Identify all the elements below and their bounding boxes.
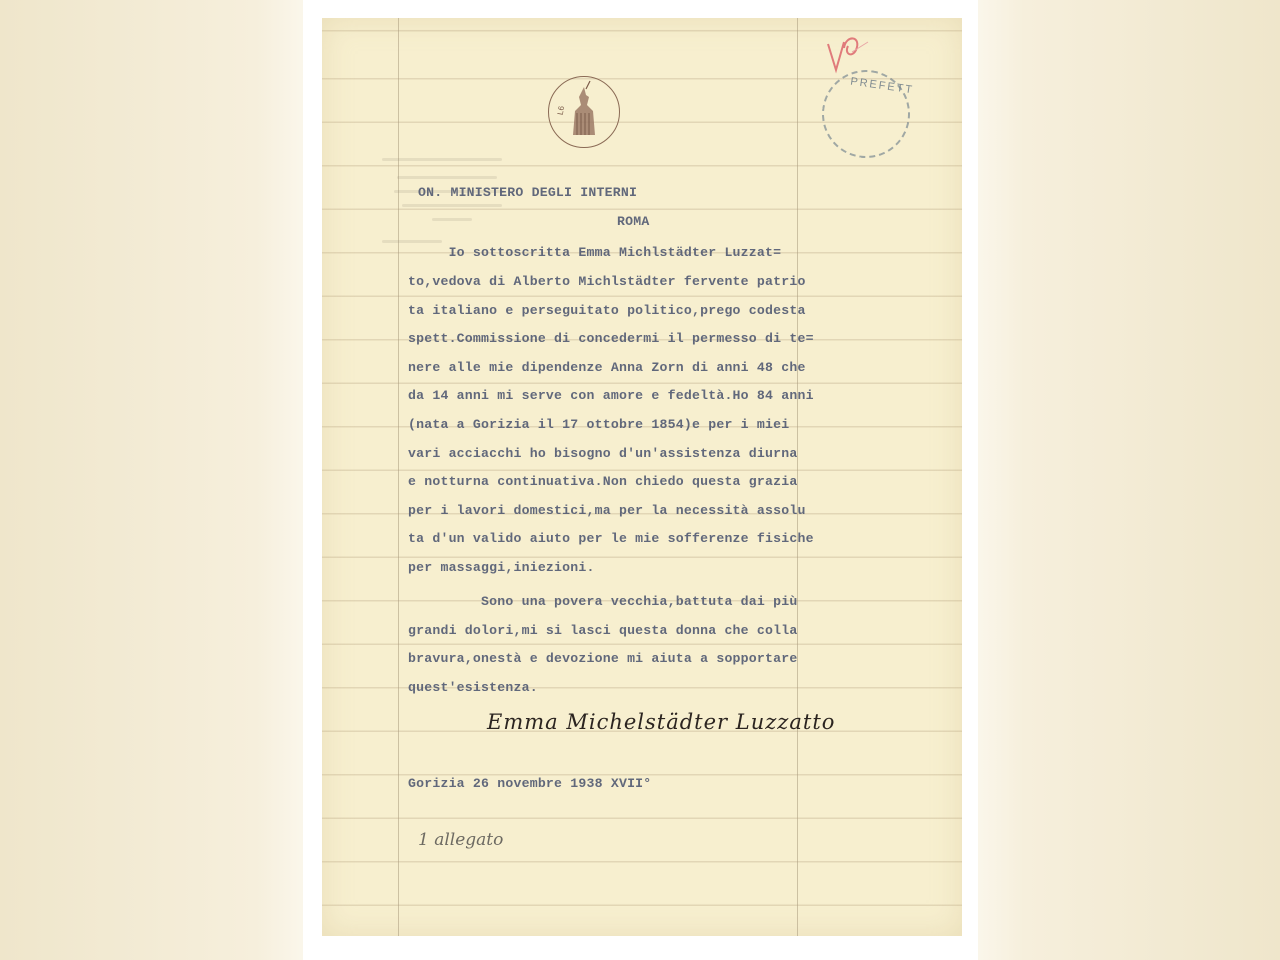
- place-date: Gorizia 26 novembre 1938 XVII°: [408, 776, 651, 791]
- bleed-through-text: [382, 158, 502, 161]
- letter-body-line: bravura,onestà e devozione mi aiuta a so…: [408, 651, 797, 666]
- bleed-through-text: [397, 176, 497, 179]
- emblem-label: L6: [556, 105, 567, 116]
- postal-stamp-icon: PREFETT: [816, 64, 915, 163]
- letter-body-line: per i lavori domestici,ma per la necessi…: [408, 503, 806, 518]
- letter-body-line: e notturna continuativa.Non chiedo quest…: [408, 474, 797, 489]
- stamp-text: PREFETT: [850, 76, 915, 97]
- letter-body-line: to,vedova di Alberto Michlstädter ferven…: [408, 274, 806, 289]
- letter-body-line: vari acciacchi ho bisogno d'un'assistenz…: [408, 446, 797, 461]
- letter-body-line: da 14 anni mi serve con amore e fedeltà.…: [408, 388, 814, 403]
- addressee-line-2: ROMA: [617, 214, 649, 229]
- signature: Emma Michelstädter Luzzatto: [487, 710, 835, 734]
- bleed-through-text: [432, 218, 472, 221]
- letter-body-line: ta d'un valido aiuto per le mie sofferen…: [408, 531, 814, 546]
- margin-rule-left: [398, 18, 399, 936]
- bleed-through-text: [382, 240, 442, 243]
- letter-paper: L6 PREFETT ON. MINISTERO DEGLI INTERNI R…: [322, 18, 962, 936]
- letter-body-line: per massaggi,iniezioni.: [408, 560, 595, 575]
- letter-body-line: spett.Commissione di concedermi il perme…: [408, 331, 814, 346]
- letter-body-line: quest'esistenza.: [408, 680, 538, 695]
- letter-body-line: Io sottoscritta Emma Michlstädter Luzzat…: [408, 245, 781, 260]
- letter-body-line: ta italiano e perseguitato politico,preg…: [408, 303, 806, 318]
- bleed-through-text: [402, 204, 502, 207]
- letter-body-line: nere alle mie dipendenze Anna Zorn di an…: [408, 360, 806, 375]
- statue-emblem-icon: L6: [548, 76, 620, 148]
- letter-body-line: Sono una povera vecchia,battuta dai più: [408, 594, 797, 609]
- handwritten-note: 1 allegato: [418, 830, 503, 850]
- letter-body-line: (nata a Gorizia il 17 ottobre 1854)e per…: [408, 417, 789, 432]
- addressee-line-1: ON. MINISTERO DEGLI INTERNI: [418, 185, 637, 200]
- letter-body-line: grandi dolori,mi si lasci questa donna c…: [408, 623, 797, 638]
